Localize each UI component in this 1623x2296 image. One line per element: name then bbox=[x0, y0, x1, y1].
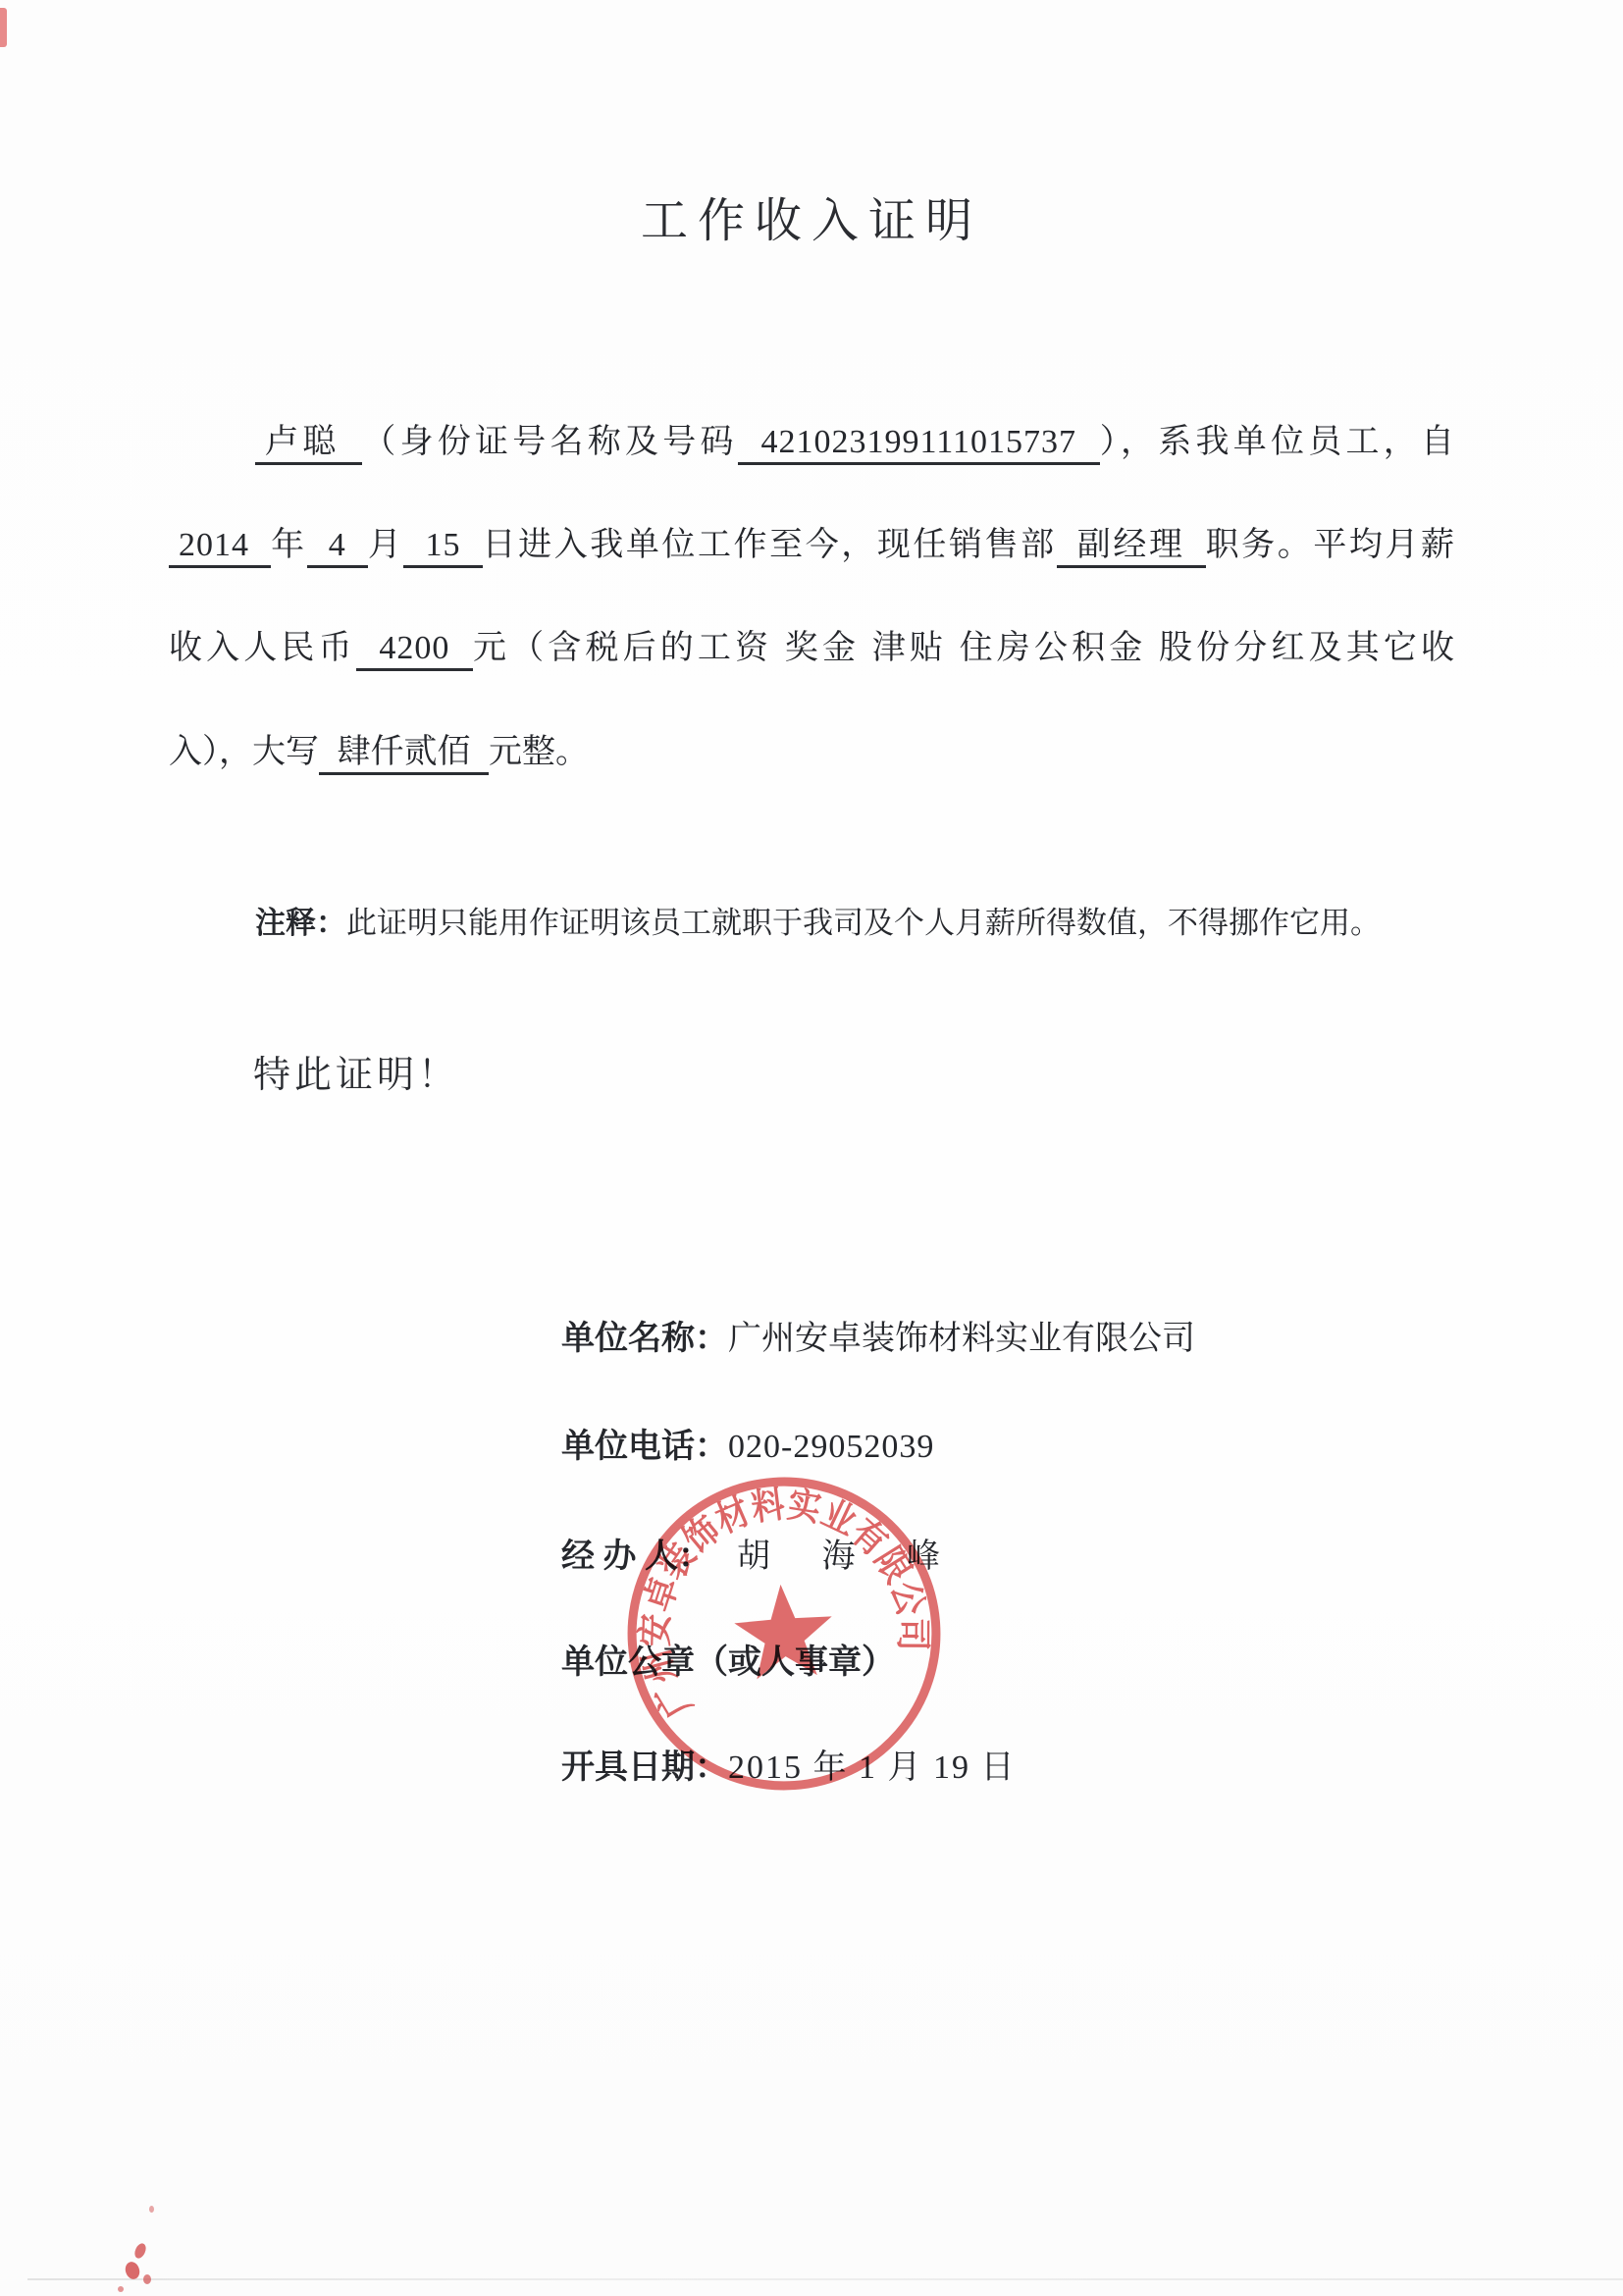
body-line-1: 卢聪 （身份证号名称及号码 421023199111015737 ），系我单位员… bbox=[169, 420, 1454, 465]
stamp-ring-text-holder: 广州安卓装饰材料实业有限公司 bbox=[624, 1474, 939, 1726]
body-text: 职务。平均月薪 bbox=[1206, 527, 1454, 563]
stamp-ring-text: 广州安卓装饰材料实业有限公司 bbox=[624, 1474, 939, 1726]
position-underlined: 副经理 bbox=[1057, 527, 1206, 568]
company-name-label: 单位名称： bbox=[561, 1321, 728, 1357]
salary-amount-underlined: 4200 bbox=[356, 630, 473, 671]
red-ink-speckle bbox=[143, 2274, 151, 2284]
hereby-certify-line: 特此证明！ bbox=[253, 1044, 459, 1098]
company-name-line: 单位名称：广州安卓装饰材料实业有限公司 bbox=[561, 1311, 1195, 1359]
scan-edge-red-mark bbox=[0, 8, 7, 47]
document-page: 工作收入证明 卢聪 （身份证号名称及号码 421023199111015737 … bbox=[0, 0, 1623, 2296]
body-text: ），系我单位员工，自 bbox=[1100, 424, 1454, 460]
red-ink-speckle bbox=[132, 2242, 148, 2261]
body-line-3: 收入人民币 4200 元（含税后的工资 奖金 津贴 住房公积金 股份分红及其它收 bbox=[169, 626, 1454, 671]
note-label: 注释： bbox=[255, 906, 346, 940]
company-seal-line: 单位公章（或人事章） bbox=[561, 1635, 895, 1683]
red-ink-speckle bbox=[118, 2286, 124, 2292]
body-text: 月 bbox=[368, 527, 404, 563]
note-text: 此证明只能用作证明该员工就职于我司及个人月薪所得数值，不得挪作它用。 bbox=[346, 906, 1381, 940]
body-text: 元整。 bbox=[489, 734, 589, 770]
issue-date-label: 开具日期： bbox=[561, 1749, 728, 1786]
body-line-2: 2014 年 4 月 15 日进入我单位工作至今，现任销售部 副经理 职务。平均… bbox=[169, 523, 1454, 568]
body-text: 年 bbox=[271, 527, 307, 563]
note-line: 注释：此证明只能用作证明该员工就职于我司及个人月薪所得数值，不得挪作它用。 bbox=[169, 898, 1460, 942]
body-text: 元（含税后的工资 奖金 津贴 住房公积金 股份分红及其它收 bbox=[473, 630, 1454, 666]
issue-date-line: 开具日期：2015 年 1 月 19 日 bbox=[561, 1740, 1017, 1788]
issue-date-value: 2015 年 1 月 19 日 bbox=[728, 1749, 1017, 1786]
start-month-underlined: 4 bbox=[307, 527, 368, 568]
red-ink-speckle bbox=[149, 2206, 154, 2213]
company-phone-value: 020-29052039 bbox=[728, 1429, 934, 1465]
company-phone-line: 单位电话：020-29052039 bbox=[561, 1419, 934, 1467]
body-text: 日进入我单位工作至今，现任销售部 bbox=[483, 527, 1057, 563]
handler-line: 经 办 人：胡 海 峰 bbox=[561, 1529, 962, 1577]
body-text: 收入人民币 bbox=[169, 630, 356, 666]
handler-label: 经 办 人： bbox=[561, 1539, 711, 1575]
body-text: （身份证号名称及号码 bbox=[362, 424, 738, 460]
body-text: 入），大写 bbox=[169, 734, 319, 770]
company-name-value: 广州安卓装饰材料实业有限公司 bbox=[728, 1321, 1195, 1357]
start-day-underlined: 15 bbox=[403, 527, 482, 568]
employee-name-underlined: 卢聪 bbox=[255, 424, 362, 465]
scan-bottom-line bbox=[27, 2278, 1623, 2280]
id-number-underlined: 421023199111015737 bbox=[738, 424, 1100, 465]
document-title: 工作收入证明 bbox=[0, 183, 1623, 250]
body-line-4: 入），大写 肆仟贰佰 元整。 bbox=[169, 730, 1454, 775]
start-year-underlined: 2014 bbox=[169, 527, 271, 568]
handler-name-value: 胡 海 峰 bbox=[737, 1539, 962, 1575]
salary-capital-underlined: 肆仟贰佰 bbox=[319, 734, 489, 775]
company-phone-label: 单位电话： bbox=[561, 1429, 728, 1465]
